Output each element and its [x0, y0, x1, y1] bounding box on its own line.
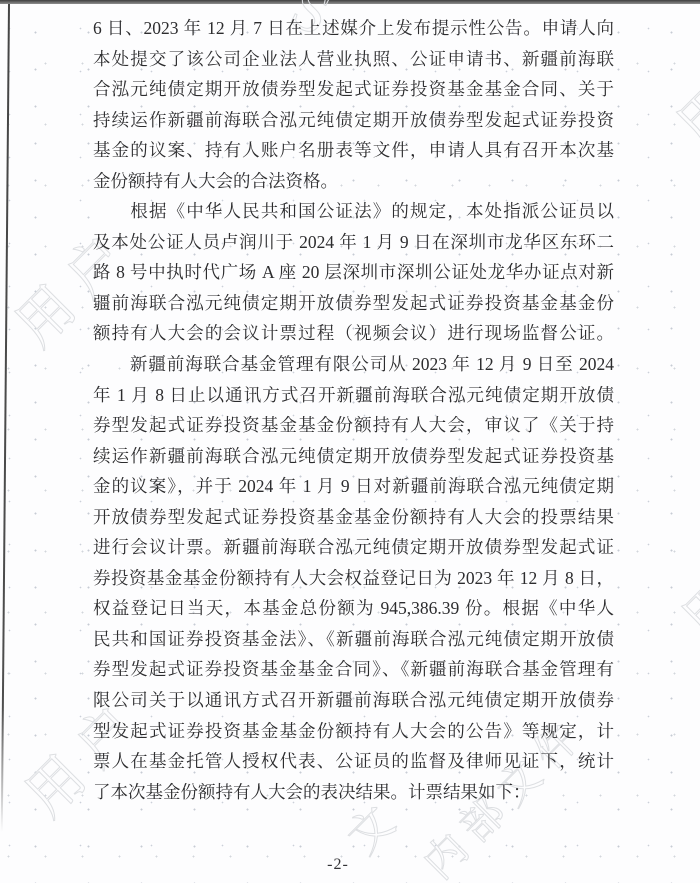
text-line-p3-l3: 券型发起式证券投资基金基金份额持有人大会，审议了《关于持 — [93, 410, 614, 441]
text-line-p3-l7: 进行会议计票。新疆前海联合泓元纯债定期开放债券型发起式证 — [93, 532, 614, 563]
text-line-p2-l5: 额持有人大会的会议计票过程（视频会议）进行现场监督公证。 — [93, 318, 614, 349]
text-line-p3-l8: 券投资基金基金份额持有人大会权益登记日为 2023 年 12 月 8 日， — [93, 563, 614, 594]
scanned-document-page: 用户用户内部文件文用用S 6 日、2023 年 12 月 7 日在上述媒介上发布… — [0, 0, 700, 883]
text-line-p3-l12: 限公司关于以通讯方式召开新疆前海联合泓元纯债定期开放债券 — [93, 685, 614, 716]
text-line-p1-l4: 持续运作新疆前海联合泓元纯债定期开放债券型发起式证券投资 — [93, 105, 614, 136]
text-line-p3-l13: 型发起式证券投资基金基金份额持有人大会的公告》等规定，计 — [93, 716, 614, 747]
document-body-text: 6 日、2023 年 12 月 7 日在上述媒介上发布提示性公告。申请人向本处提… — [93, 13, 614, 807]
watermark-fragment-6: 用 — [662, 560, 700, 656]
text-line-p3-l6: 开放债券型发起式证券投资基金基金份额持有人大会的投票结果 — [93, 502, 614, 533]
scan-left-page-edge-line — [1, 4, 10, 832]
text-line-p3-l2: 年 1 月 8 日止以通讯方式召开新疆前海联合泓元纯债定期开放债 — [93, 380, 614, 411]
text-line-p1-l5: 基金的议案、持有人账户名册表等文件，申请人具有召开本次基 — [93, 135, 614, 166]
text-line-p3-l14: 票人在基金托管人授权代表、公证员的监督及律师见证下，统计 — [93, 746, 614, 777]
page-number: -2- — [93, 856, 583, 874]
text-line-p3-l11: 券型发起式证券投资基金基金合同》、《新疆前海联合基金管理有 — [93, 654, 614, 685]
watermark-fragment-5: 用 — [655, 63, 700, 166]
text-line-p1-l2: 本处提交了该公司企业法人营业执照、公证申请书、新疆前海联 — [93, 44, 614, 75]
text-line-p2-l1: 根据《中华人民共和国公证法》的规定，本处指派公证员以 — [93, 196, 614, 227]
text-line-p1-l3: 合泓元纯债定期开放债券型发起式证券投资基金基金合同、关于 — [93, 74, 614, 105]
text-line-p3-l15: 了本次基金份额持有人大会的表决结果。计票结果如下： — [93, 777, 614, 808]
text-line-p1-l1: 6 日、2023 年 12 月 7 日在上述媒介上发布提示性公告。申请人向 — [93, 13, 614, 44]
text-line-p1-l6: 金份额持有人大会的合法资格。 — [93, 166, 614, 197]
text-line-p2-l4: 疆前海联合泓元纯债定期开放债券型发起式证券投资基金基金份 — [93, 288, 614, 319]
text-line-p3-l10: 民共和国证券投资基金法》、《新疆前海联合泓元纯债定期开放债 — [93, 624, 614, 655]
scan-top-edge-artifact — [0, 0, 700, 4]
text-line-p2-l2: 及本处公证人员卢润川于 2024 年 1 月 9 日在深圳市龙华区东环二 — [93, 227, 614, 258]
text-line-p2-l3: 路 8 号中执时代广场 A 座 20 层深圳市深圳公证处龙华办证点对新 — [93, 257, 614, 288]
text-line-p3-l4: 续运作新疆前海联合泓元纯债定期开放债券型发起式证券投资基 — [93, 441, 614, 472]
text-line-p3-l1: 新疆前海联合基金管理有限公司从 2023 年 12 月 9 日至 2024 — [93, 349, 614, 380]
text-line-p3-l5: 金的议案》，并于 2024 年 1 月 9 日对新疆前海联合泓元纯债定期 — [93, 471, 614, 502]
text-line-p3-l9: 权益登记日当天，本基金总份额为 945,386.39 份。根据《中华人 — [93, 593, 614, 624]
